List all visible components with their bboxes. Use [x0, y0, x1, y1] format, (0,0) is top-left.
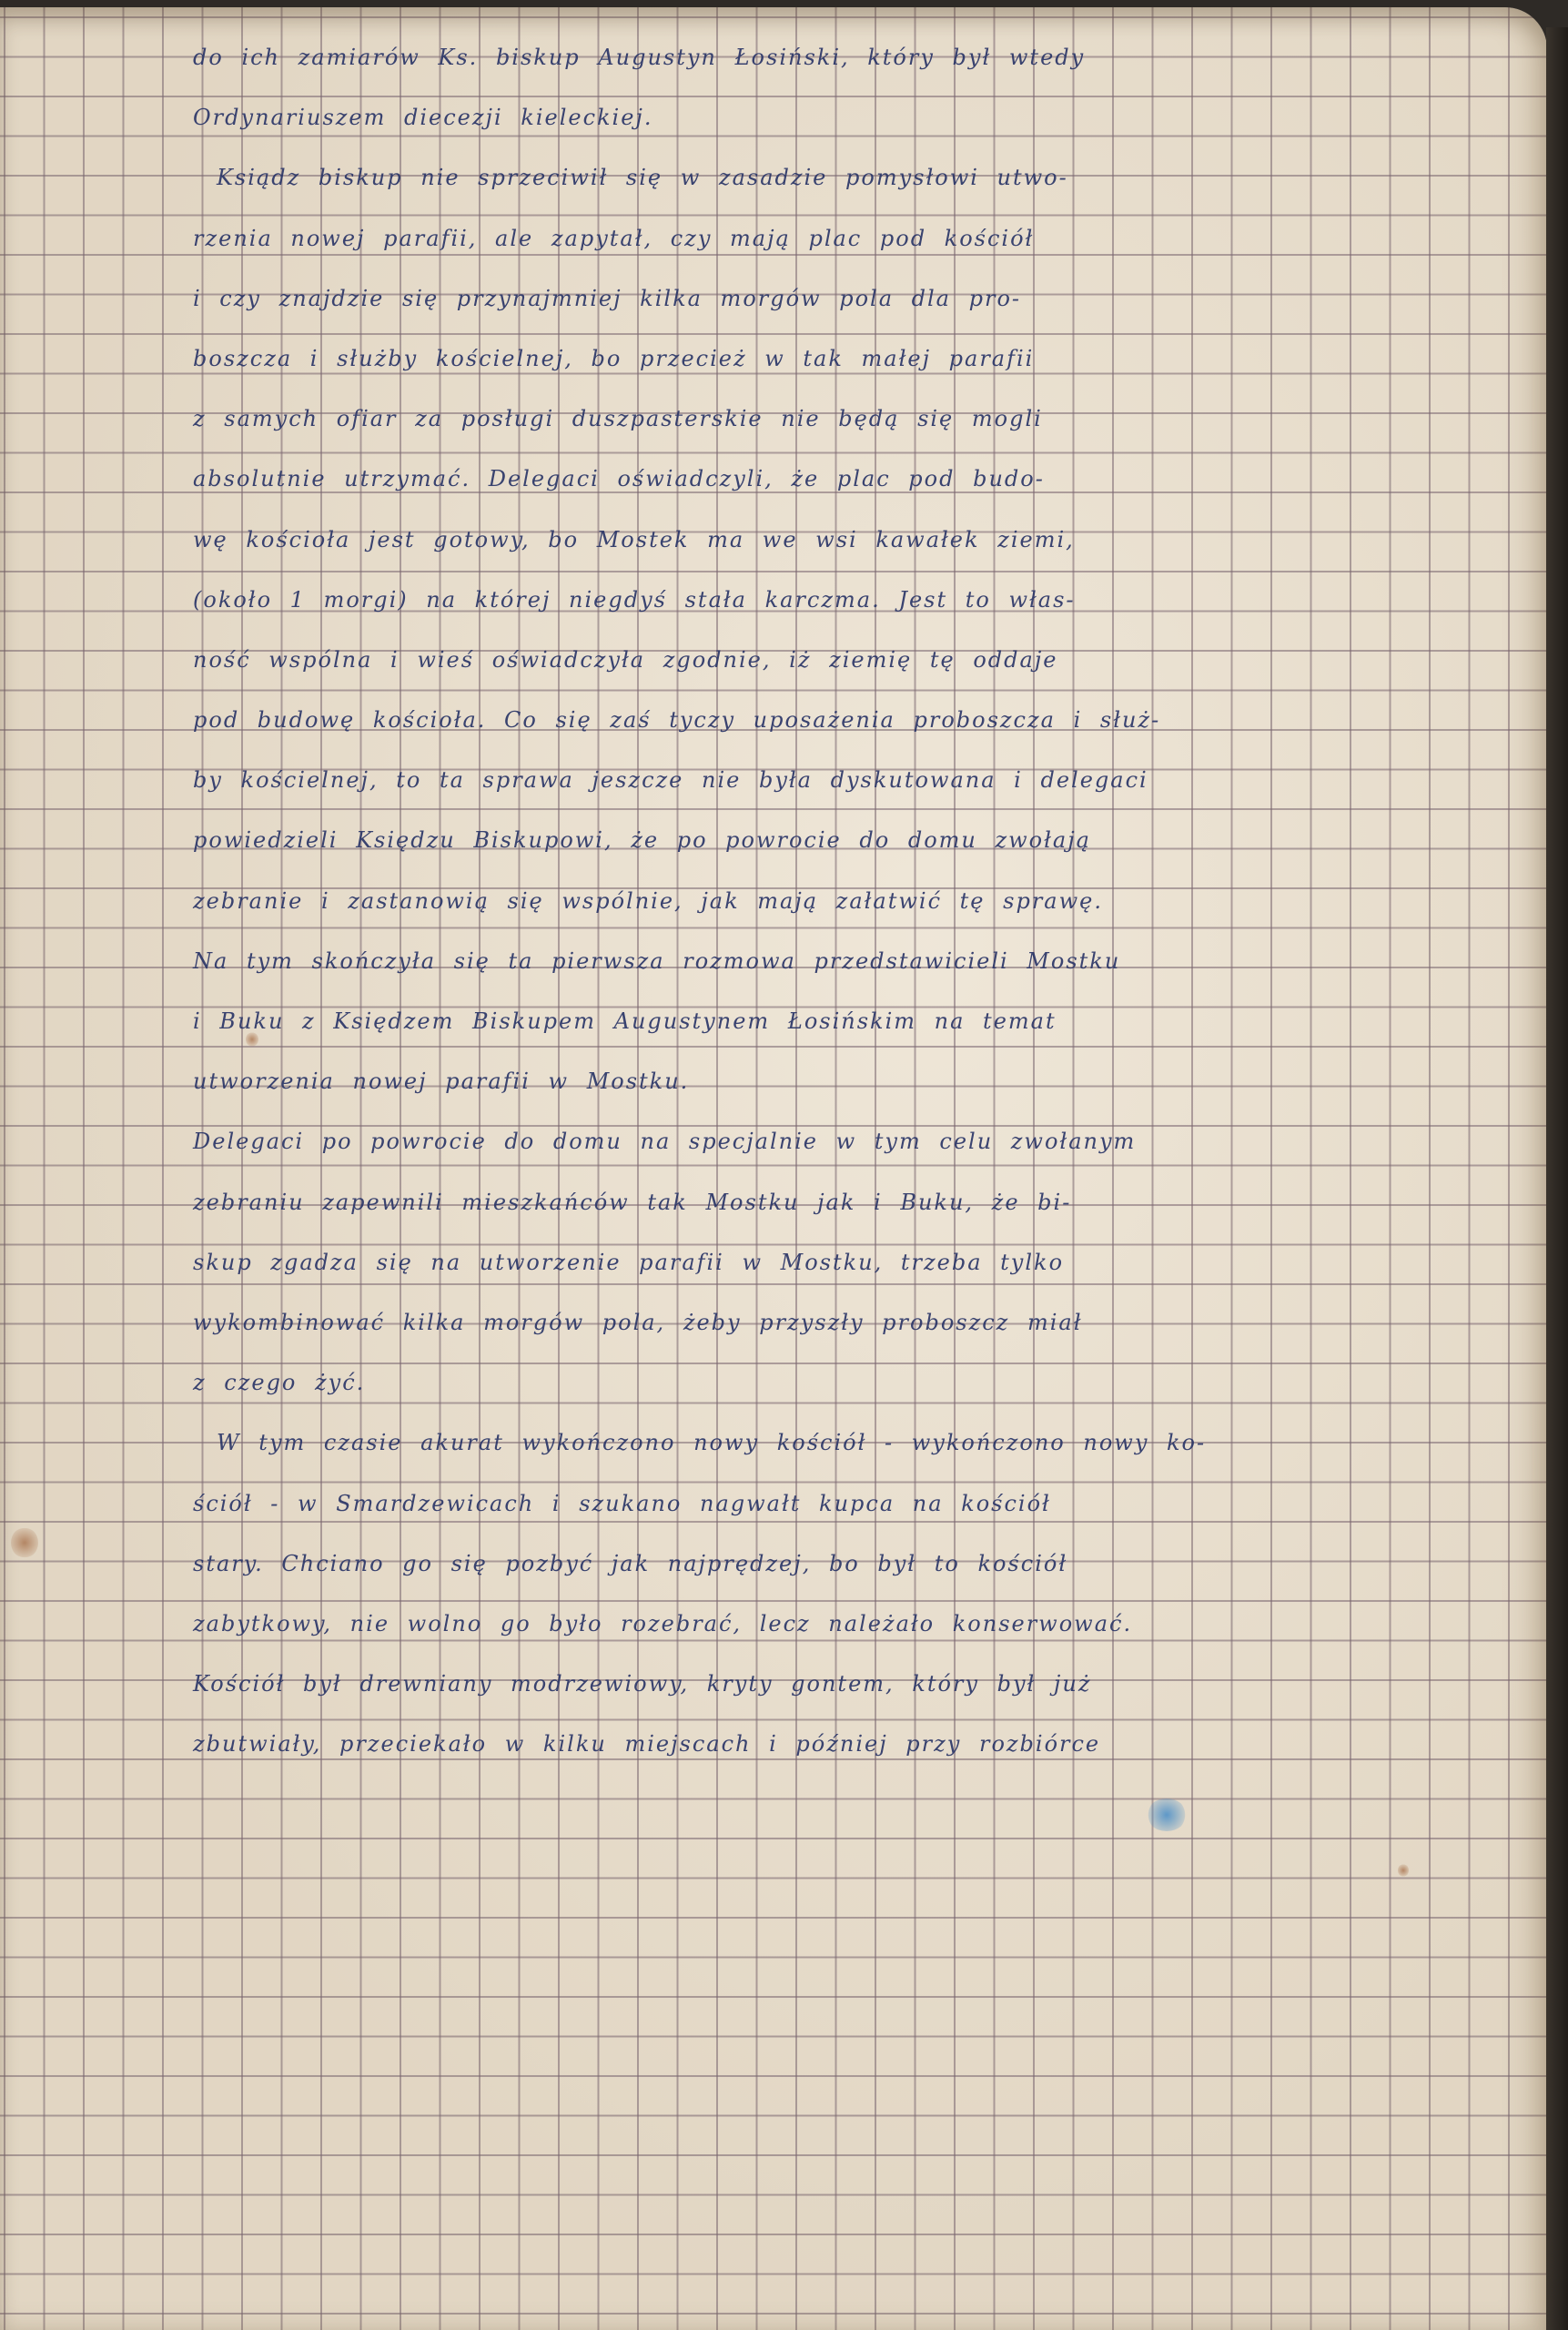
text-line: zabytkowy, nie wolno go było rozebrać, l…	[193, 1594, 1540, 1654]
text-line: i czy znajdzie się przynajmniej kilka mo…	[193, 268, 1540, 329]
stain-spot	[1398, 1864, 1409, 1877]
notebook-edge-shadow	[1546, 27, 1568, 2330]
text-line: stary. Chciano go się pozbyć jak najpręd…	[193, 1534, 1540, 1594]
text-line: Kościół był drewniany modrzewiowy, kryty…	[193, 1654, 1540, 1714]
text-line: zbutwiały, przeciekało w kilku miejscach…	[193, 1714, 1540, 1774]
ink-blot	[1147, 1798, 1187, 1831]
text-line: zebraniu zapewnili mieszkańców tak Mostk…	[193, 1172, 1540, 1232]
text-line: i Buku z Księdzem Biskupem Augustynem Ło…	[193, 991, 1540, 1051]
text-line: rzenia nowej parafii, ale zapytał, czy m…	[193, 208, 1540, 268]
text-line: Na tym skończyła się ta pierwsza rozmowa…	[193, 931, 1540, 991]
text-line: absolutnie utrzymać. Delegaci oświadczyl…	[193, 449, 1540, 509]
text-line: z czego żyć.	[193, 1352, 1540, 1413]
text-line: do ich zamiarów Ks. biskup Augustyn Łosi…	[193, 27, 1540, 87]
text-line: zebranie i zastanowią się wspólnie, jak …	[193, 871, 1540, 931]
text-line: powiedzieli Księdzu Biskupowi, że po pow…	[193, 810, 1540, 870]
text-line: wę kościoła jest gotowy, bo Mostek ma we…	[193, 510, 1540, 570]
text-line: Ordynariuszem diecezji kieleckiej.	[193, 87, 1540, 147]
text-line: Ksiądz biskup nie sprzeciwił się w zasad…	[193, 147, 1540, 208]
text-line: ściół - w Smardzewicach i szukano nagwał…	[193, 1474, 1540, 1534]
text-line: W tym czasie akurat wykończono nowy kośc…	[193, 1413, 1540, 1473]
text-line: skup zgadza się na utworzenie parafii w …	[193, 1232, 1540, 1292]
text-line: Delegaci po powrocie do domu na specjaln…	[193, 1111, 1540, 1171]
text-line: (około 1 morgi) na której niegdyś stała …	[193, 570, 1540, 630]
handwritten-text: do ich zamiarów Ks. biskup Augustyn Łosi…	[193, 27, 1540, 1774]
text-line: ność wspólna i wieś oświadczyła zgodnie,…	[193, 630, 1540, 690]
text-line: pod budowę kościoła. Co się zaś tyczy up…	[193, 690, 1540, 750]
stain-spot	[11, 1527, 38, 1558]
text-line: by kościelnej, to ta sprawa jeszcze nie …	[193, 750, 1540, 810]
text-line: boszcza i służby kościelnej, bo przecież…	[193, 329, 1540, 389]
text-line: wykombinować kilka morgów pola, żeby prz…	[193, 1292, 1540, 1352]
text-line: utworzenia nowej parafii w Mostku.	[193, 1051, 1540, 1111]
notebook-page: do ich zamiarów Ks. biskup Augustyn Łosi…	[0, 7, 1547, 2330]
text-line: z samych ofiar za posługi duszpasterskie…	[193, 389, 1540, 449]
